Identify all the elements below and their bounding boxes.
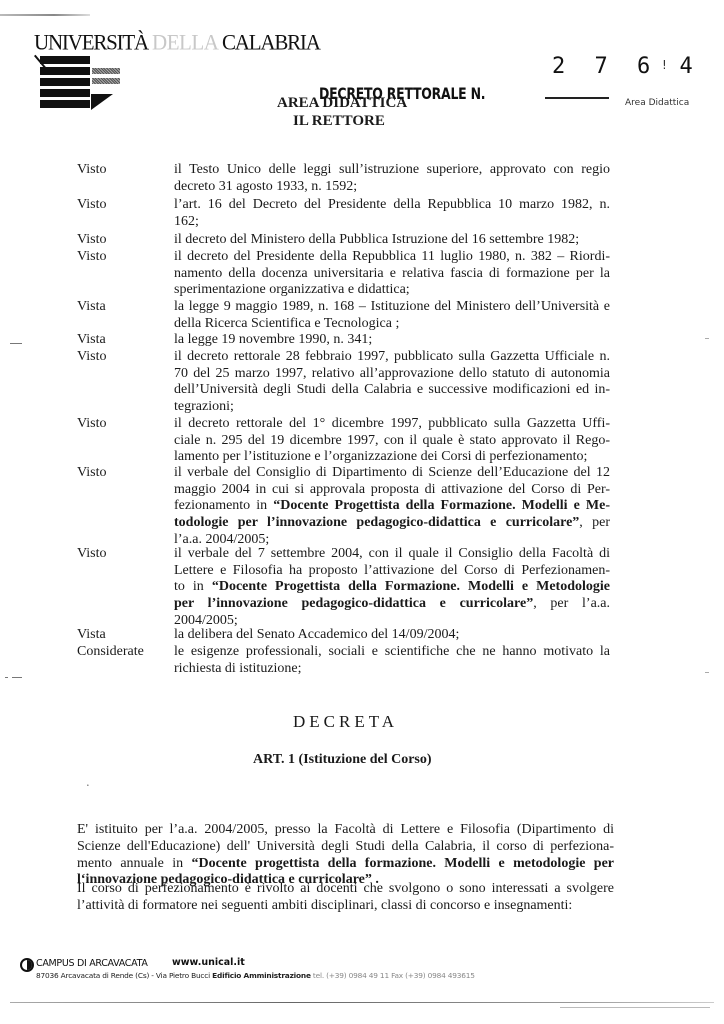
premise-text: la legge 19 novembre 1990, n. 341;: [174, 332, 610, 349]
scan-edge-line: [0, 14, 90, 16]
footer-divider: [10, 1002, 714, 1003]
premise-label: Vista: [77, 627, 106, 643]
premise-label: Visto: [77, 197, 107, 213]
premise-label: Visto: [77, 416, 107, 432]
authority-title: IL RETTORE: [293, 113, 385, 130]
article-title: ART. 1 (Istituzione del Corso): [253, 752, 432, 768]
decree-heading: DECRETA: [293, 712, 398, 732]
premise-text: il decreto rettorale 28 febbraio 1997, p…: [174, 349, 610, 416]
footer-divider-secondary: [560, 1007, 710, 1008]
scan-margin-mark: [10, 343, 22, 344]
decree-number-underline: [545, 97, 609, 99]
area-label: Area Didattica: [625, 98, 689, 108]
university-logo-icon: [38, 56, 100, 110]
premise-label: Visto: [77, 349, 107, 365]
premise-label: Vista: [77, 299, 106, 315]
premise-label: Vista: [77, 332, 106, 348]
article-paragraph-2: Il corso di perfezionamento è rivolto ai…: [77, 881, 614, 915]
premise-text: il decreto del Presidente della Repubbli…: [174, 249, 610, 299]
premise-label: Visto: [77, 162, 107, 178]
decree-stamp: DECRETO RETTORALE N.: [319, 84, 485, 103]
premise-text: il decreto rettorale del 1° dicembre 199…: [174, 416, 610, 466]
wordmark-calabria: CALABRIA: [222, 29, 320, 54]
scan-dot: •: [87, 784, 89, 789]
margin-mark: !: [662, 58, 667, 72]
article-paragraph-1: E' istituito per l’a.a. 2004/2005, press…: [77, 822, 614, 889]
scan-margin-mark: [5, 677, 8, 678]
premise-label: Visto: [77, 249, 107, 265]
premise-label: Visto: [77, 546, 107, 562]
premise-text: il decreto del Ministero della Pubblica …: [174, 232, 610, 249]
premise-text: la delibera del Senato Accademico del 14…: [174, 627, 610, 644]
premise-text: l’art. 16 del Decreto del Presidente del…: [174, 197, 610, 230]
website-link[interactable]: www.unical.it: [172, 957, 245, 968]
premise-label: Considerate: [77, 644, 144, 660]
premise-text: le esigenze professionali, sociali e sci…: [174, 644, 610, 677]
premise-label: Visto: [77, 232, 107, 248]
wordmark-della: DELLA: [152, 29, 222, 54]
scan-margin-mark: [705, 672, 709, 673]
campus-name: CAMPUS DI ARCAVACATA: [36, 958, 148, 969]
premise-label: Visto: [77, 465, 107, 481]
decree-number: 2 7 6 4: [552, 54, 701, 79]
wordmark-universita: UNIVERSITÀ: [34, 29, 152, 54]
premise-text: il Testo Unico delle leggi sull’istruzio…: [174, 162, 610, 195]
campus-logo-icon: [20, 958, 34, 972]
premise-text: il verbale del Consiglio di Dipartimento…: [174, 465, 610, 549]
premise-text: la legge 9 maggio 1989, n. 168 – Istituz…: [174, 299, 610, 332]
premise-text: il verbale del 7 settembre 2004, con il …: [174, 546, 610, 630]
footer-address: 87036 Arcavacata di Rende (Cs) - Via Pie…: [36, 971, 475, 980]
scan-margin-mark: [705, 338, 709, 339]
scan-margin-mark: [12, 677, 22, 678]
university-wordmark: UNIVERSITÀ DELLA CALABRIA: [34, 29, 320, 55]
